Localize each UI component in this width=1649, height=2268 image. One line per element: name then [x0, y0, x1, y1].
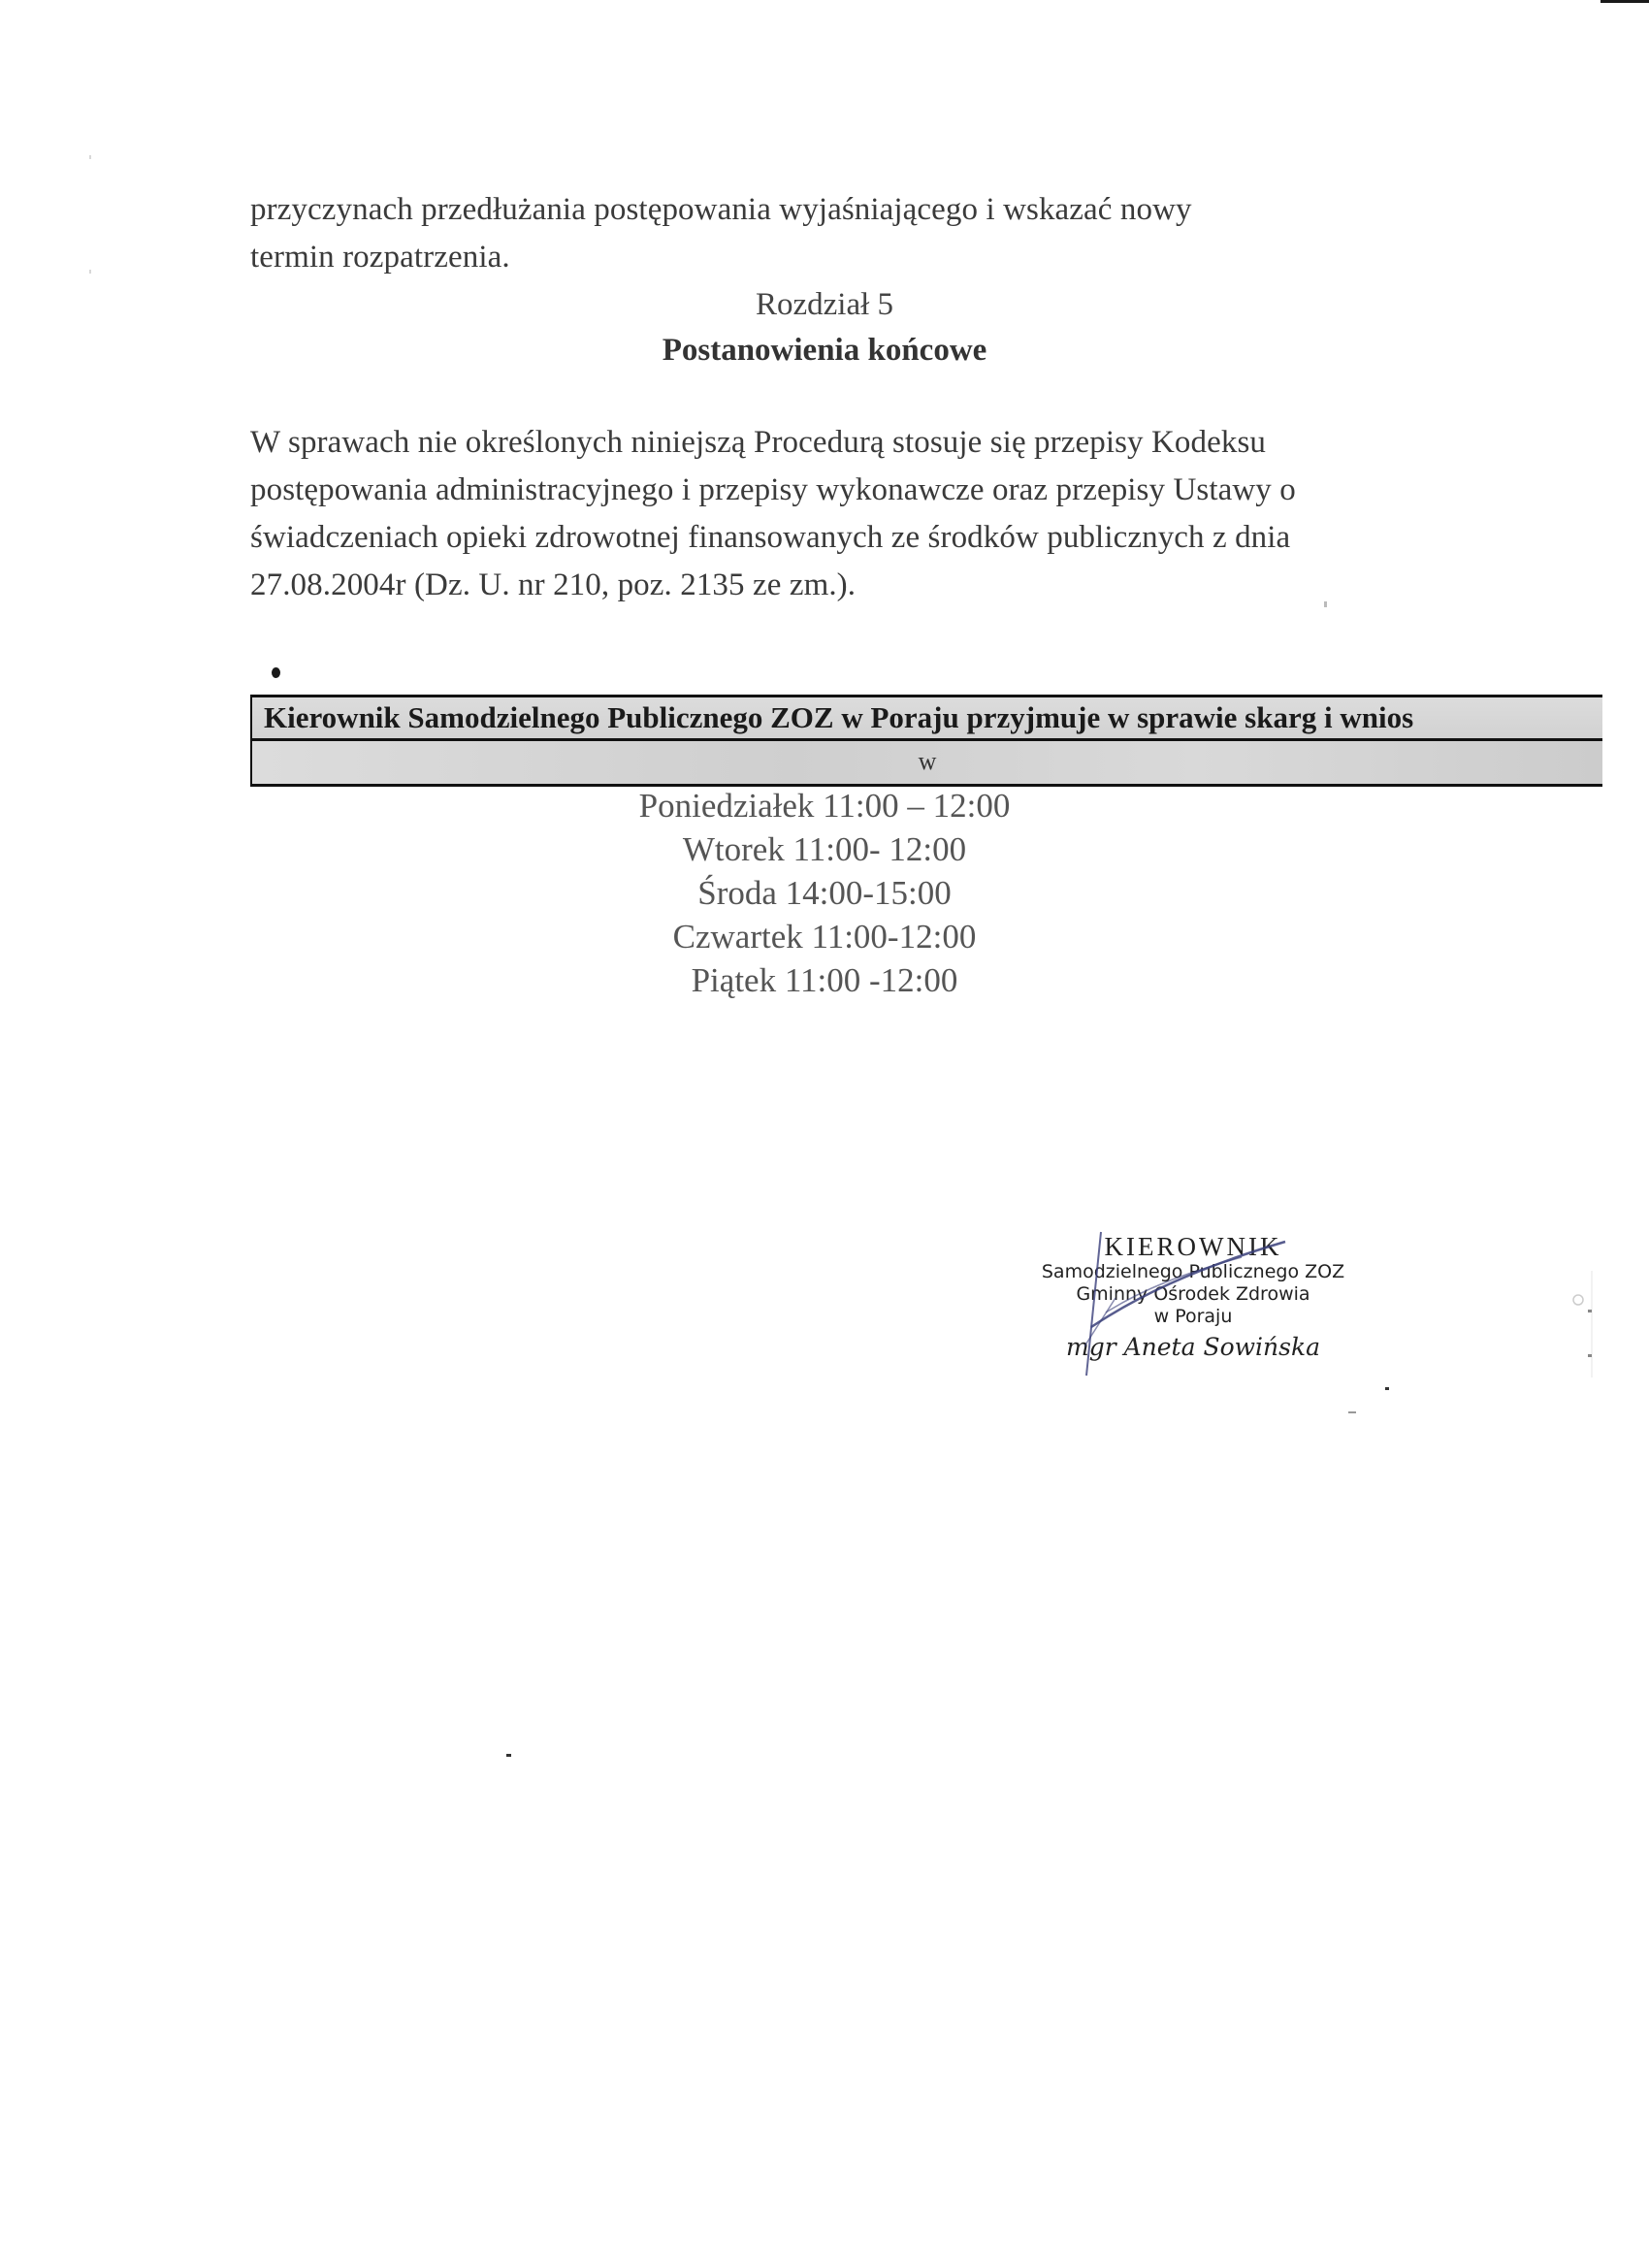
- final-provisions-paragraph: W sprawach nie określonych niniejszą Pro…: [250, 419, 1453, 609]
- table-subheader-text: w: [252, 747, 1602, 776]
- stamp-org-line-3: w Poraju: [999, 1306, 1387, 1328]
- provision-line-4: 27.08.2004r (Dz. U. nr 210, poz. 2135 ze…: [250, 562, 1453, 609]
- hours-wednesday: Środa 14:00-15:00: [0, 871, 1649, 915]
- scan-artifact: [1385, 1387, 1389, 1390]
- table-header-row: Kierownik Samodzielnego Publicznego ZOZ …: [252, 697, 1602, 741]
- stamp-title: KIEROWNIK: [999, 1232, 1387, 1261]
- office-hours-table: Kierownik Samodzielnego Publicznego ZOZ …: [250, 695, 1602, 787]
- intro-paragraph: przyczynach przedłużania postępowania wy…: [250, 186, 1453, 281]
- scan-artifact: [1324, 601, 1327, 607]
- hours-friday: Piątek 11:00 -12:00: [0, 958, 1649, 1002]
- official-stamp: KIEROWNIK Samodzielnego Publicznego ZOZ …: [999, 1232, 1387, 1365]
- scan-artifact: [89, 155, 91, 159]
- hours-monday: Poniedziałek 11:00 – 12:00: [0, 784, 1649, 827]
- provision-line-1: W sprawach nie określonych niniejszą Pro…: [250, 419, 1453, 467]
- table-subheader-row: w: [252, 741, 1602, 784]
- scan-artifact: [1348, 1411, 1356, 1413]
- table-header-text: Kierownik Samodzielnego Publicznego ZOZ …: [264, 700, 1413, 735]
- intro-line-2: termin rozpatrzenia.: [250, 234, 1453, 281]
- chapter-title: Postanowienia końcowe: [0, 333, 1649, 369]
- office-hours-list: Poniedziałek 11:00 – 12:00 Wtorek 11:00-…: [0, 784, 1649, 1002]
- stamp-org-line-2: Gminny Ośrodek Zdrowia: [999, 1283, 1387, 1306]
- bullet-point: [272, 667, 280, 678]
- intro-line-1: przyczynach przedłużania postępowania wy…: [250, 186, 1453, 234]
- chapter-number: Rozdział 5: [0, 287, 1649, 323]
- provision-line-3: świadczeniach opieki zdrowotnej finansow…: [250, 514, 1453, 562]
- scan-artifact: [89, 270, 91, 274]
- stamp-org-line-1: Samodzielnego Publicznego ZOZ: [999, 1261, 1387, 1283]
- stamp-name: mgr Aneta Sowińska: [999, 1330, 1387, 1365]
- provision-line-2: postępowania administracyjnego i przepis…: [250, 467, 1453, 514]
- scan-edge-artifact: [1567, 1271, 1596, 1377]
- hours-tuesday: Wtorek 11:00- 12:00: [0, 827, 1649, 871]
- scan-edge-mark: [1600, 0, 1649, 3]
- scan-artifact: [506, 1754, 511, 1757]
- hours-thursday: Czwartek 11:00-12:00: [0, 915, 1649, 958]
